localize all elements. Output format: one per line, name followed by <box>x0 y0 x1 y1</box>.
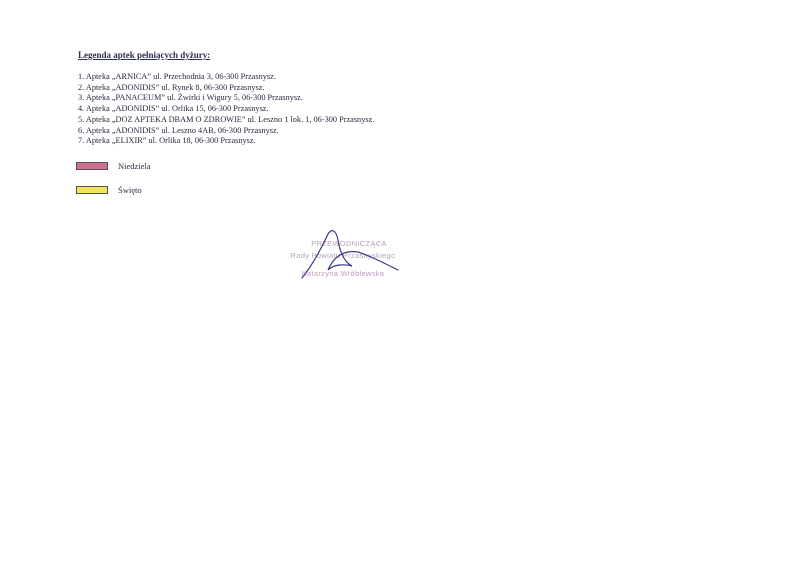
holiday-color-swatch <box>76 186 108 194</box>
pharmacy-item: 2. Apteka „ADONIDIS” ul. Rynek 8, 06-300… <box>78 83 374 94</box>
sunday-color-swatch <box>76 162 108 170</box>
handwritten-signature <box>300 226 400 286</box>
legend-key-label: Święto <box>118 185 142 195</box>
legend-key-label: Niedziela <box>118 161 151 171</box>
pharmacy-item: 5. Apteka „DOZ APTEKA DBAM O ZDROWIE” ul… <box>78 115 374 126</box>
pharmacy-item: 7. Apteka „ELIXIR” ul. Orlika 18, 06-300… <box>78 136 374 147</box>
legend-key-sunday: Niedziela <box>76 161 151 171</box>
legend-key-holiday: Święto <box>76 185 142 195</box>
legend-title: Legenda aptek pełniących dyżury: <box>78 50 210 60</box>
pharmacy-list: 1. Apteka „ARNICA” ul. Przechodnia 3, 06… <box>78 72 374 147</box>
pharmacy-item: 4. Apteka „ADONIDIS” ul. Orlika 15, 06-3… <box>78 104 374 115</box>
pharmacy-item: 6. Apteka „ADONIDIS” ul. Leszno 4AB, 06-… <box>78 126 374 137</box>
pharmacy-item: 1. Apteka „ARNICA” ul. Przechodnia 3, 06… <box>78 72 374 83</box>
pharmacy-item: 3. Apteka „PANACEUM” ul. Żwirki i Wigury… <box>78 93 374 104</box>
